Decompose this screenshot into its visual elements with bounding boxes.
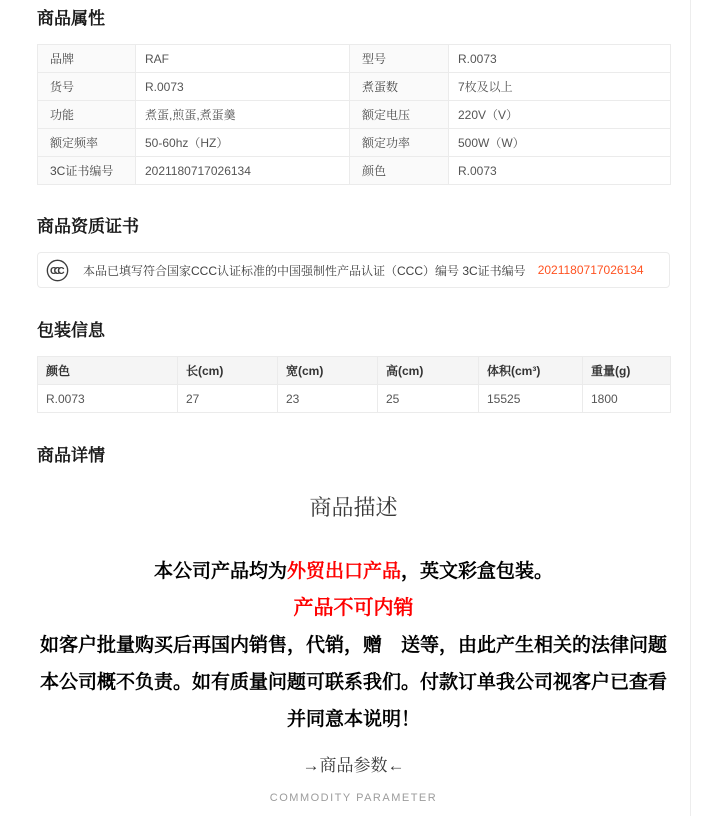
certificate-item: C C C 本品已填写符合国家CCC认证标准的中国强制性产品认证（CCC）编号 …: [37, 252, 670, 288]
table-row: 货号 R.0073 煮蛋数 7枚及以上: [38, 73, 671, 101]
certificate-text: 本品已填写符合国家CCC认证标准的中国强制性产品认证（CCC）编号 3C证书编号: [83, 262, 526, 279]
params-subheading: COMMODITY PARAMETER: [37, 792, 670, 804]
attr-label: 煮蛋数: [350, 73, 449, 101]
attr-value: R.0073: [449, 157, 671, 185]
notice-line-1: 本公司产品均为外贸出口产品，英文彩盒包装。: [37, 553, 670, 590]
notice-line1-highlight: 外贸出口产品: [287, 561, 401, 582]
table-row: 功能 煮蛋,煎蛋,煮蛋羹 额定电压 220V（V）: [38, 101, 671, 129]
packaging-cell: 15525: [479, 385, 583, 413]
packaging-header: 重量(g): [583, 357, 671, 385]
export-notice: 本公司产品均为外贸出口产品，英文彩盒包装。 产品不可内销 如客户批量购买后再国内…: [37, 553, 670, 738]
attr-value: 220V（V）: [449, 101, 671, 129]
packaging-cell: 1800: [583, 385, 671, 413]
packaging-header: 高(cm): [378, 357, 479, 385]
attributes-table: 品牌 RAF 型号 R.0073 货号 R.0073 煮蛋数 7枚及以上 功能 …: [37, 44, 671, 185]
attr-label: 功能: [38, 101, 136, 129]
page-right-divider: [690, 0, 691, 816]
packaging-cell: 27: [178, 385, 278, 413]
attr-value: R.0073: [449, 45, 671, 73]
notice-paragraph: 如客户批量购买后再国内销售，代销，赠 送等，由此产生相关的法律问题本公司概不负责…: [37, 627, 670, 738]
certificate-number: 2021180717026134: [538, 263, 644, 277]
attr-label: 货号: [38, 73, 136, 101]
attr-label: 品牌: [38, 45, 136, 73]
attr-value: 7枚及以上: [449, 73, 671, 101]
notice-line1-prefix: 本公司产品均为: [154, 561, 287, 582]
packaging-header: 体积(cm³): [479, 357, 583, 385]
packaging-header: 长(cm): [178, 357, 278, 385]
packaging-cell: 25: [378, 385, 479, 413]
attr-value: 500W（W）: [449, 129, 671, 157]
notice-line-2: 产品不可内销: [37, 590, 670, 627]
attr-value: 2021180717026134: [136, 157, 350, 185]
description-heading: 商品描述: [37, 493, 670, 523]
notice-line1-suffix: ，英文彩盒包装。: [401, 561, 553, 582]
product-detail-page: 商品属性 品牌 RAF 型号 R.0073 货号 R.0073 煮蛋数 7枚及以…: [37, 0, 670, 804]
attr-value: RAF: [136, 45, 350, 73]
svg-text:C: C: [57, 266, 64, 277]
attr-label: 型号: [350, 45, 449, 73]
params-heading: →商品参数←: [37, 756, 670, 776]
attributes-section-title: 商品属性: [37, 9, 670, 29]
certificates-section-title: 商品资质证书: [37, 217, 670, 237]
packaging-data-row: R.0073 27 23 25 15525 1800: [38, 385, 671, 413]
packaging-table: 颜色 长(cm) 宽(cm) 高(cm) 体积(cm³) 重量(g) R.007…: [37, 356, 671, 413]
packaging-section-title: 包装信息: [37, 321, 670, 341]
table-row: 品牌 RAF 型号 R.0073: [38, 45, 671, 73]
packaging-header: 宽(cm): [278, 357, 378, 385]
attr-value: R.0073: [136, 73, 350, 101]
attr-value: 50-60hz（HZ）: [136, 129, 350, 157]
attr-label: 额定电压: [350, 101, 449, 129]
attr-value: 煮蛋,煎蛋,煮蛋羹: [136, 101, 350, 129]
table-row: 额定频率 50-60hz（HZ） 额定功率 500W（W）: [38, 129, 671, 157]
attr-label: 额定功率: [350, 129, 449, 157]
table-row: 3C证书编号 2021180717026134 颜色 R.0073: [38, 157, 671, 185]
details-section-title: 商品详情: [37, 446, 670, 466]
ccc-certification-icon: C C C: [46, 259, 69, 282]
attr-label: 额定频率: [38, 129, 136, 157]
packaging-header-row: 颜色 长(cm) 宽(cm) 高(cm) 体积(cm³) 重量(g): [38, 357, 671, 385]
packaging-cell: 23: [278, 385, 378, 413]
packaging-header: 颜色: [38, 357, 178, 385]
attr-label: 3C证书编号: [38, 157, 136, 185]
attr-label: 颜色: [350, 157, 449, 185]
packaging-cell: R.0073: [38, 385, 178, 413]
